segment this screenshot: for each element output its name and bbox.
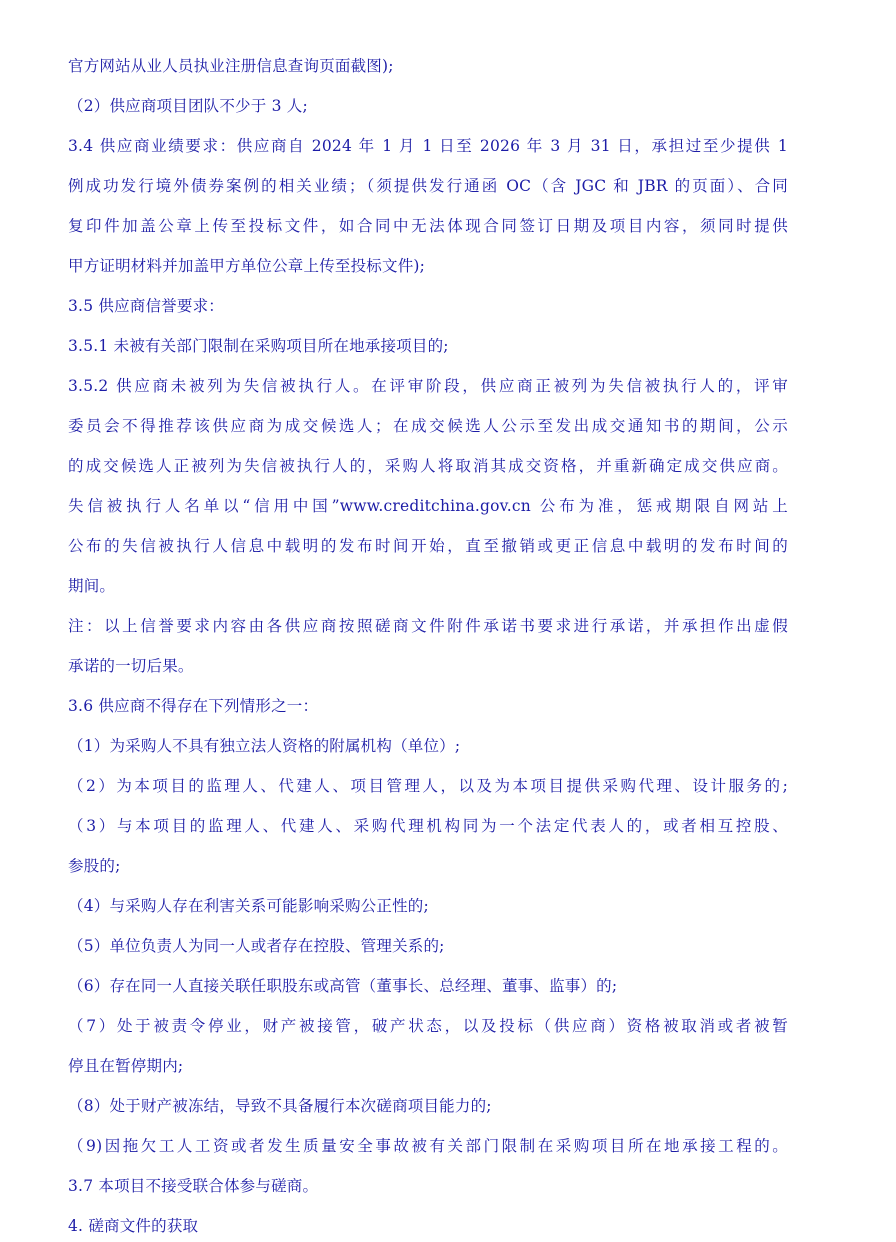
- text-line: （6）存在同一人直接关联任职股东或高管（董事长、总经理、董事、监事）的;: [68, 966, 788, 1006]
- text-line: 委员会不得推荐该供应商为成交候选人；在成交候选人公示至发出成交通知书的期间，公示: [68, 406, 788, 446]
- text-line: 3.4 供应商业绩要求：供应商自 2024 年 1 月 1 日至 2026 年 …: [68, 126, 788, 166]
- text-line: 承诺的一切后果。: [68, 646, 788, 686]
- text-line: 公布的失信被执行人信息中载明的发布时间开始，直至撤销或更正信息中载明的发布时间的: [68, 526, 788, 566]
- text-line: （5）单位负责人为同一人或者存在控股、管理关系的;: [68, 926, 788, 966]
- text-line: 官方网站从业人员执业注册信息查询页面截图);: [68, 46, 788, 86]
- text-line: 的成交候选人正被列为失信被执行人的，采购人将取消其成交资格，并重新确定成交供应商…: [68, 446, 788, 486]
- text-line: （2）供应商项目团队不少于 3 人;: [68, 86, 788, 126]
- document-page: 官方网站从业人员执业注册信息查询页面截图);（2）供应商项目团队不少于 3 人;…: [0, 0, 896, 1242]
- text-line: （4）与采购人存在利害关系可能影响采购公正性的;: [68, 886, 788, 926]
- text-line: （7）处于被责令停业，财产被接管，破产状态，以及投标（供应商）资格被取消或者被暂: [68, 1006, 788, 1046]
- text-line: 3.5.1 未被有关部门限制在采购项目所在地承接项目的;: [68, 326, 788, 366]
- text-line: 3.6 供应商不得存在下列情形之一：: [68, 686, 788, 726]
- text-line: 期间。: [68, 566, 788, 606]
- text-line: 3.7 本项目不接受联合体参与磋商。: [68, 1166, 788, 1206]
- text-line: 例成功发行境外债券案例的相关业绩；（须提供发行通函 OC（含 JGC 和 JBR…: [68, 166, 788, 206]
- text-line: （3）与本项目的监理人、代建人、采购代理机构同为一个法定代表人的，或者相互控股、: [68, 806, 788, 846]
- text-line: 3.5 供应商信誉要求：: [68, 286, 788, 326]
- text-line: 停且在暂停期内;: [68, 1046, 788, 1086]
- text-line: （1）为采购人不具有独立法人资格的附属机构（单位）;: [68, 726, 788, 766]
- text-line: （2）为本项目的监理人、代建人、项目管理人，以及为本项目提供采购代理、设计服务的…: [68, 766, 788, 806]
- text-line: 甲方证明材料并加盖甲方单位公章上传至投标文件);: [68, 246, 788, 286]
- text-line: （8）处于财产被冻结，导致不具备履行本次磋商项目能力的;: [68, 1086, 788, 1126]
- text-line: （9)因拖欠工人工资或者发生质量安全事故被有关部门限制在采购项目所在地承接工程的…: [68, 1126, 788, 1166]
- text-line: 注：以上信誉要求内容由各供应商按照磋商文件附件承诺书要求进行承诺，并承担作出虚假: [68, 606, 788, 646]
- text-line: 3.5.2 供应商未被列为失信被执行人。在评审阶段，供应商正被列为失信被执行人的…: [68, 366, 788, 406]
- text-line: 4. 磋商文件的获取: [68, 1206, 788, 1242]
- document-body: 官方网站从业人员执业注册信息查询页面截图);（2）供应商项目团队不少于 3 人;…: [68, 46, 788, 1242]
- text-line: 复印件加盖公章上传至投标文件，如合同中无法体现合同签订日期及项目内容，须同时提供: [68, 206, 788, 246]
- text-line: 失信被执行人名单以“信用中国”www.creditchina.gov.cn 公布…: [68, 486, 788, 526]
- text-line: 参股的;: [68, 846, 788, 886]
